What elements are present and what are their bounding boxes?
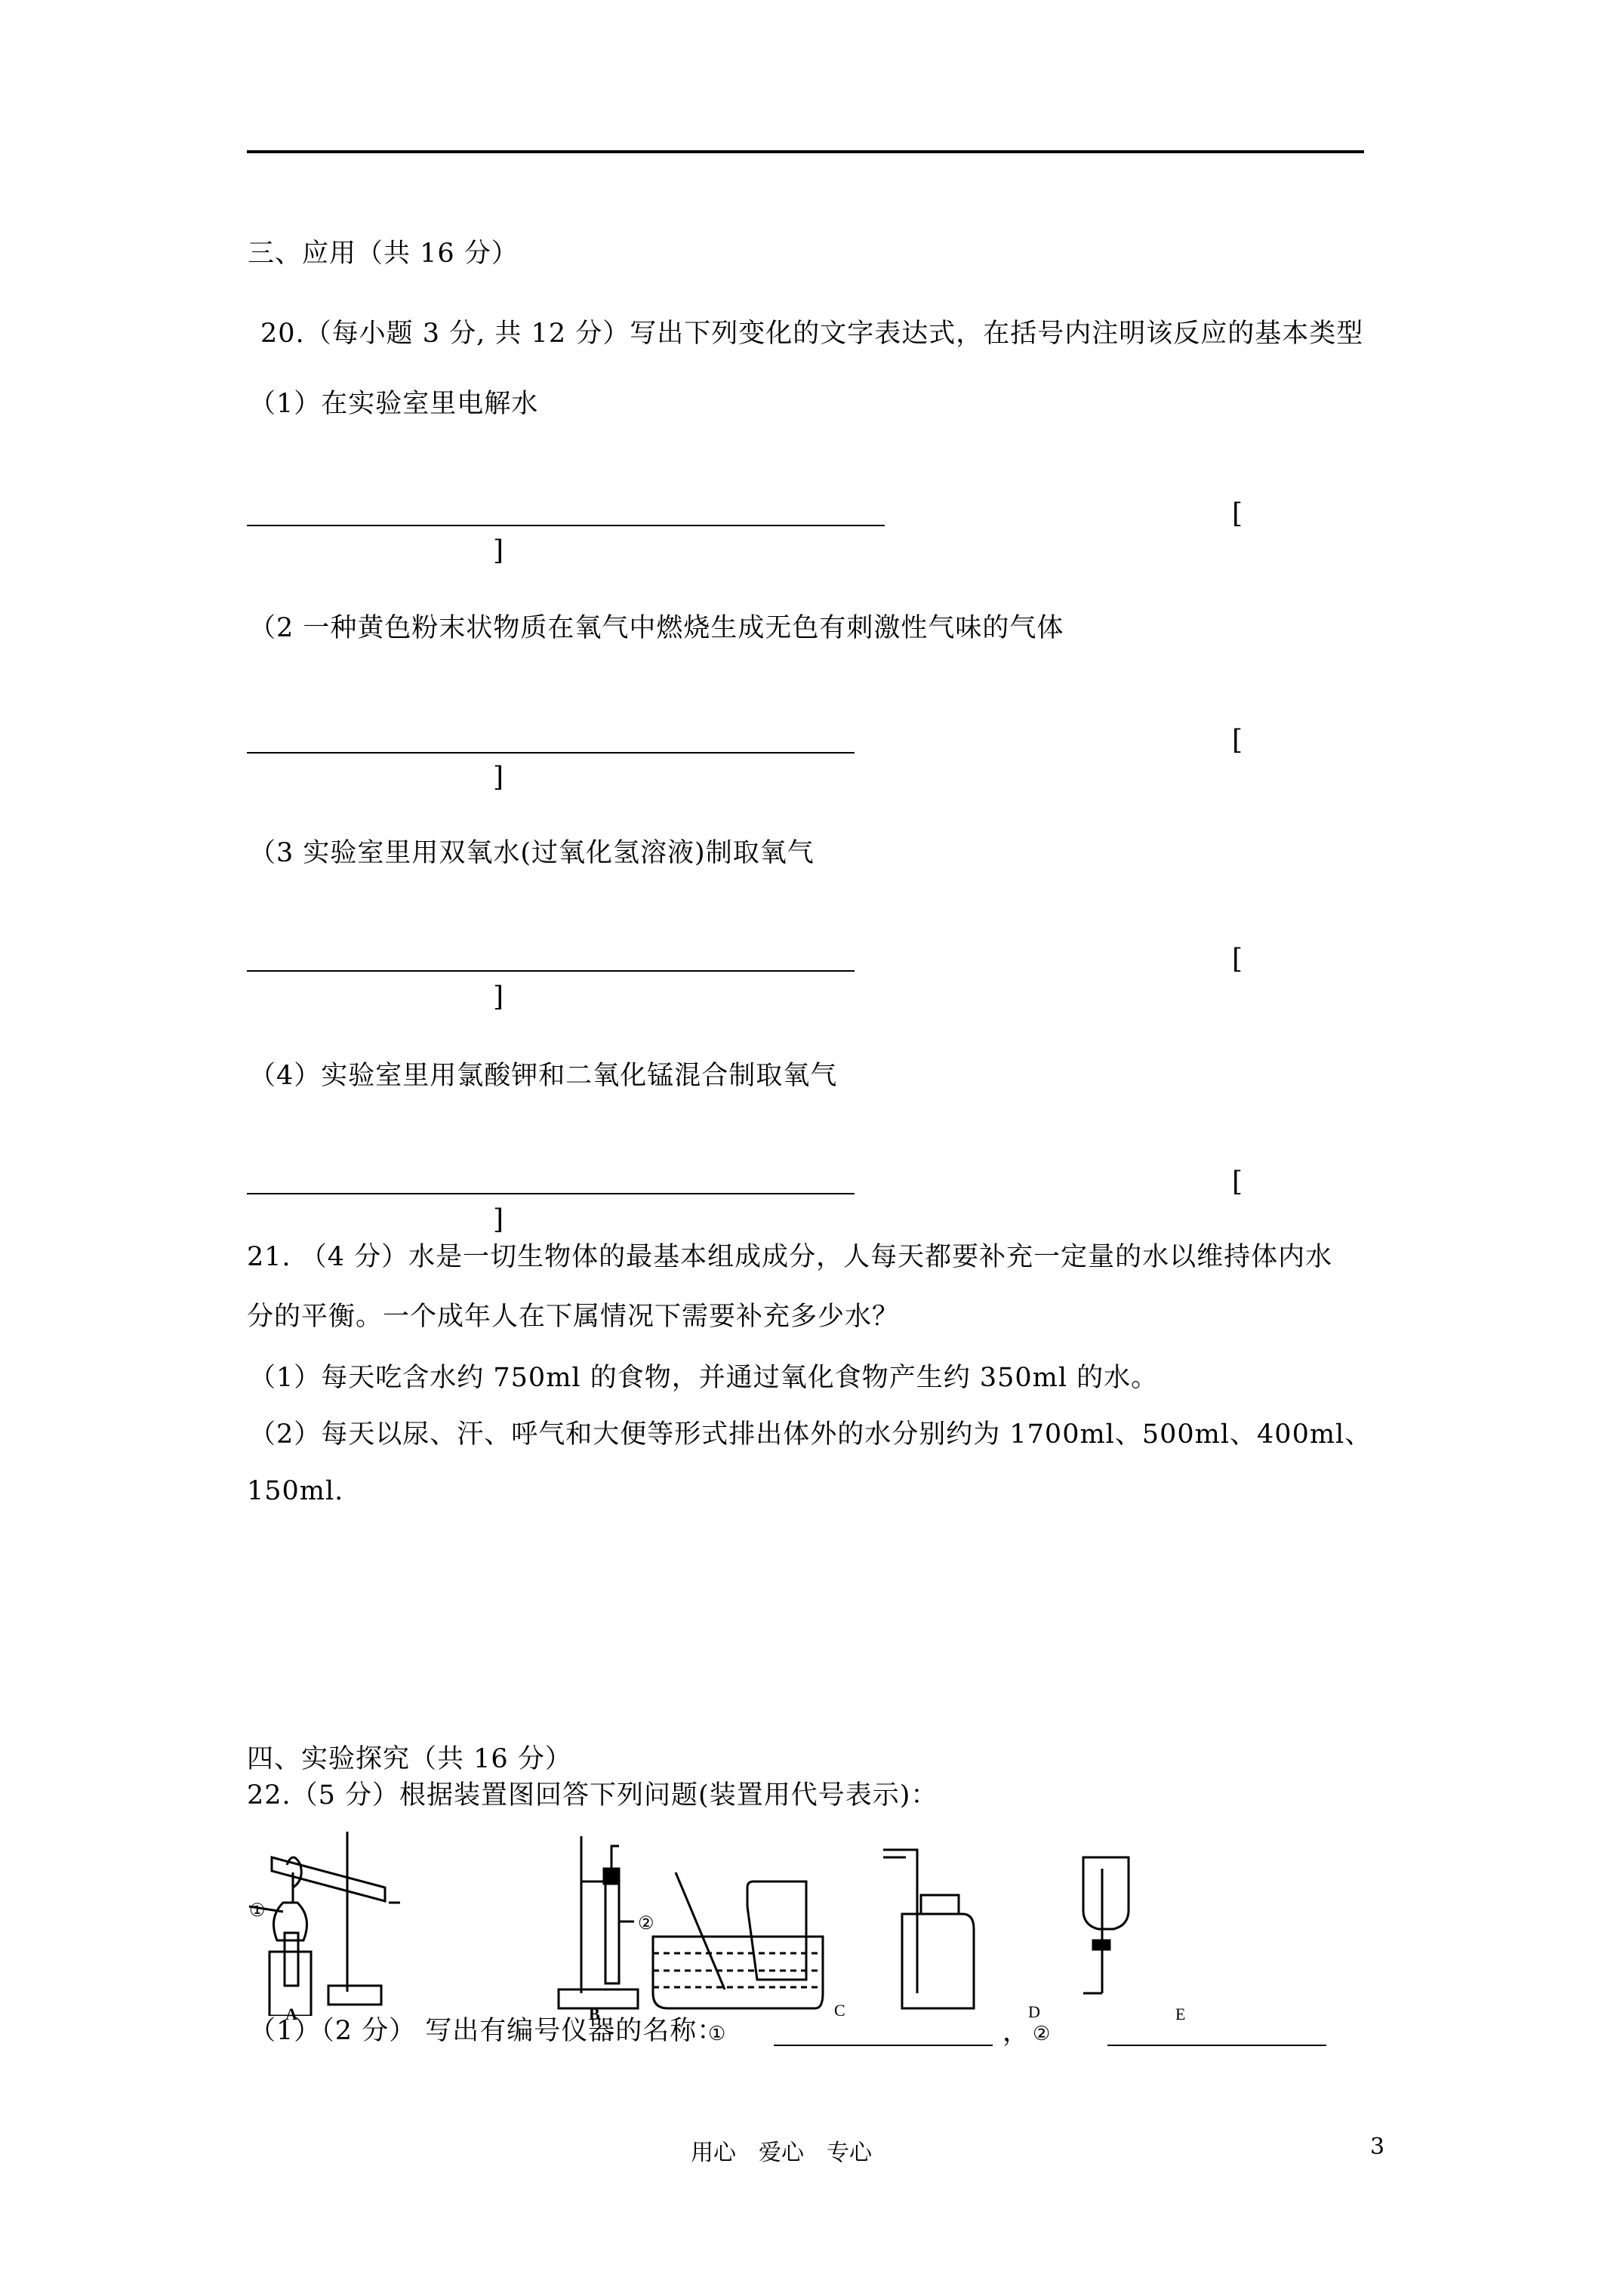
section-4-title: 四、实验探究（共 16 分） (247, 1744, 572, 1774)
q20-item-2-close-bracket: ] (493, 764, 504, 791)
q20-item-1-close-bracket: ] (493, 538, 504, 565)
apparatus-d-icon (883, 1850, 974, 2008)
apparatus-label-c: C (834, 2001, 845, 2020)
q22-blank-1-line[interactable] (774, 2045, 993, 2046)
q20-item-1-answer-line[interactable] (247, 525, 885, 526)
apparatus-label-e: E (1175, 2005, 1185, 2024)
q20-item-4-label: （4）实验室里用氯酸钾和二氧化锰混合制取氧气 (249, 1061, 837, 1091)
footer-motto: 用心 爱心 专心 (691, 2134, 872, 2167)
apparatus-a-icon (249, 1832, 400, 2016)
q20-item-2-label: （2 一种黄色粉末状物质在氧气中燃烧生成无色有刺激性气味的气体 (249, 613, 1064, 643)
apparatus-c-icon (653, 1872, 823, 2008)
apparatus-b-icon (559, 1836, 638, 2008)
q20-item-1-open-bracket: [ (1232, 501, 1243, 528)
q22-blank-2-marker: ② (1033, 2019, 1051, 2049)
q22-blank-1-marker: ① (708, 2019, 726, 2049)
q22-sub-1-text: （1）（2 分） 写出有编号仪器的名称： (249, 2016, 724, 2046)
apparatus-figure: ① ② (242, 1827, 1374, 2016)
section-3-title: 三、应用（共 16 分） (248, 239, 519, 269)
q20-item-2-answer-line[interactable] (247, 752, 855, 754)
header-rule (247, 150, 1364, 153)
marker-1-icon: ① (249, 1900, 266, 1921)
q21-sub-2-line-1: （2）每天以尿、汗、呼气和大便等形式排出体外的水分别约为 1700ml、500m… (249, 1419, 1372, 1450)
q21-line-1: 21. （4 分）水是一切生物体的最基本组成成分，人每天都要补充一定量的水以维持… (247, 1242, 1332, 1272)
q21-line-2: 分的平衡。一个成年人在下属情况下需要补充多少水？ (247, 1302, 899, 1332)
q20-item-1-label: （1）在实验室里电解水 (249, 389, 538, 419)
q22-blank-2-line[interactable] (1107, 2045, 1326, 2046)
q20-item-2-open-bracket: [ (1232, 727, 1243, 754)
q20-stem: 20.（每小题 3 分, 共 12 分）写出下列变化的文字表达式，在括号内注明该… (260, 319, 1363, 349)
q21-sub-2-line-2: 150ml. (247, 1476, 343, 1506)
marker-2-icon: ② (638, 1912, 654, 1934)
q22-stem: 22.（5 分）根据装置图回答下列问题(装置用代号表示)： (247, 1780, 938, 1811)
apparatus-e-icon (1083, 1857, 1129, 1993)
page-number: 3 (1370, 2134, 1384, 2160)
q20-item-3-close-bracket: ] (493, 984, 504, 1011)
q20-item-4-open-bracket: [ (1232, 1169, 1243, 1196)
q22-separator: ， (1002, 2017, 1030, 2048)
q21-sub-1: （1）每天吃含水约 750ml 的食物，并通过氧化食物产生约 350ml 的水。 (249, 1363, 1158, 1393)
q20-item-4-answer-line[interactable] (247, 1193, 855, 1194)
q20-item-4-close-bracket: ] (493, 1207, 504, 1234)
q20-item-3-open-bracket: [ (1232, 946, 1243, 973)
q20-item-3-label: （3 实验室里用双氧水(过氧化氢溶液)制取氧气 (249, 838, 815, 868)
q20-item-3-answer-line[interactable] (247, 970, 855, 972)
